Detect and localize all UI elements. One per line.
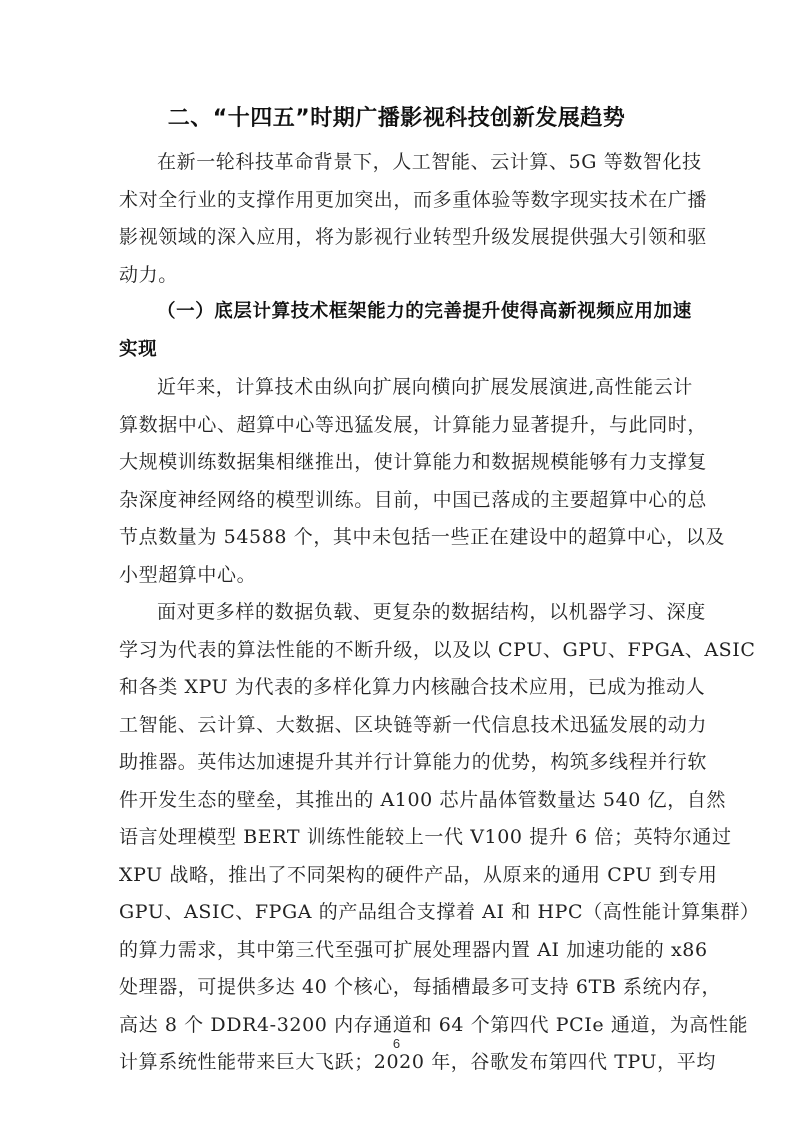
paragraph-2-line: 近年来，计算技术由纵向扩展向横向扩展发展演进,高性能云计 <box>157 368 673 406</box>
subheading-line: （一）底层计算技术框架能力的完善提升使得高新视频应用加速 <box>157 293 673 331</box>
paragraph-3-line: 件开发生态的壁垒，其推出的 A100 芯片晶体管数量达 540 亿，自然 <box>119 781 673 819</box>
paragraph-3-line: 工智能、云计算、大数据、区块链等新一代信息技术迅猛发展的动力 <box>119 706 673 744</box>
paragraph-2-line: 大规模训练数据集相继推出，使计算能力和数据规模能够有力支撑复 <box>119 443 673 481</box>
document-page: 二、“十四五”时期广播影视科技创新发展趋势 在新一轮科技革命背景下，人工智能、云… <box>0 0 793 1122</box>
paragraph-3-line: XPU 战略，推出了不同架构的硬件产品，从原来的通用 CPU 到专用 <box>119 856 673 894</box>
paragraph-3-line: 语言处理模型 BERT 训练性能较上一代 V100 提升 6 倍；英特尔通过 <box>119 818 673 856</box>
paragraph-3-line: 的算力需求，其中第三代至强可扩展处理器内置 AI 加速功能的 x86 <box>119 931 673 969</box>
paragraph-1-line: 术对全行业的支撑作用更加突出，而多重体验等数字现实技术在广播 <box>119 181 673 219</box>
paragraph-1-line: 动力。 <box>119 256 673 294</box>
paragraph-3-line: 和各类 XPU 为代表的多样化算力内核融合技术应用，已成为推动人 <box>119 668 673 706</box>
paragraph-2-line: 杂深度神经网络的模型训练。目前，中国已落成的主要超算中心的总 <box>119 481 673 519</box>
paragraph-2-line: 节点数量为 54588 个，其中未包括一些正在建设中的超算中心，以及 <box>119 518 673 556</box>
paragraph-1-line: 在新一轮科技革命背景下，人工智能、云计算、5G 等数智化技 <box>157 143 673 181</box>
paragraph-3-line: 处理器，可提供多达 40 个核心，每插槽最多可支持 6TB 系统内存， <box>119 968 673 1006</box>
paragraph-3-line: GPU、ASIC、FPGA 的产品组合支撑着 AI 和 HPC（高性能计算集群） <box>119 893 673 931</box>
section-title: 二、“十四五”时期广播影视科技创新发展趋势 <box>0 101 793 132</box>
paragraph-3-line: 学习为代表的算法性能的不断升级，以及以 CPU、GPU、FPGA、ASIC <box>119 631 673 669</box>
paragraph-3-line: 助推器。英伟达加速提升其并行计算能力的优势，构筑多线程并行软 <box>119 743 673 781</box>
paragraph-1-line: 影视领域的深入应用，将为影视行业转型升级发展提供强大引领和驱 <box>119 218 673 256</box>
paragraph-2-line: 小型超算中心。 <box>119 556 673 594</box>
paragraph-3-line: 面对更多样的数据负载、更复杂的数据结构，以机器学习、深度 <box>157 593 673 631</box>
paragraph-2-line: 算数据中心、超算中心等迅猛发展，计算能力显著提升，与此同时， <box>119 406 673 444</box>
page-number: 6 <box>0 1036 793 1051</box>
subheading-line: 实现 <box>119 331 673 369</box>
